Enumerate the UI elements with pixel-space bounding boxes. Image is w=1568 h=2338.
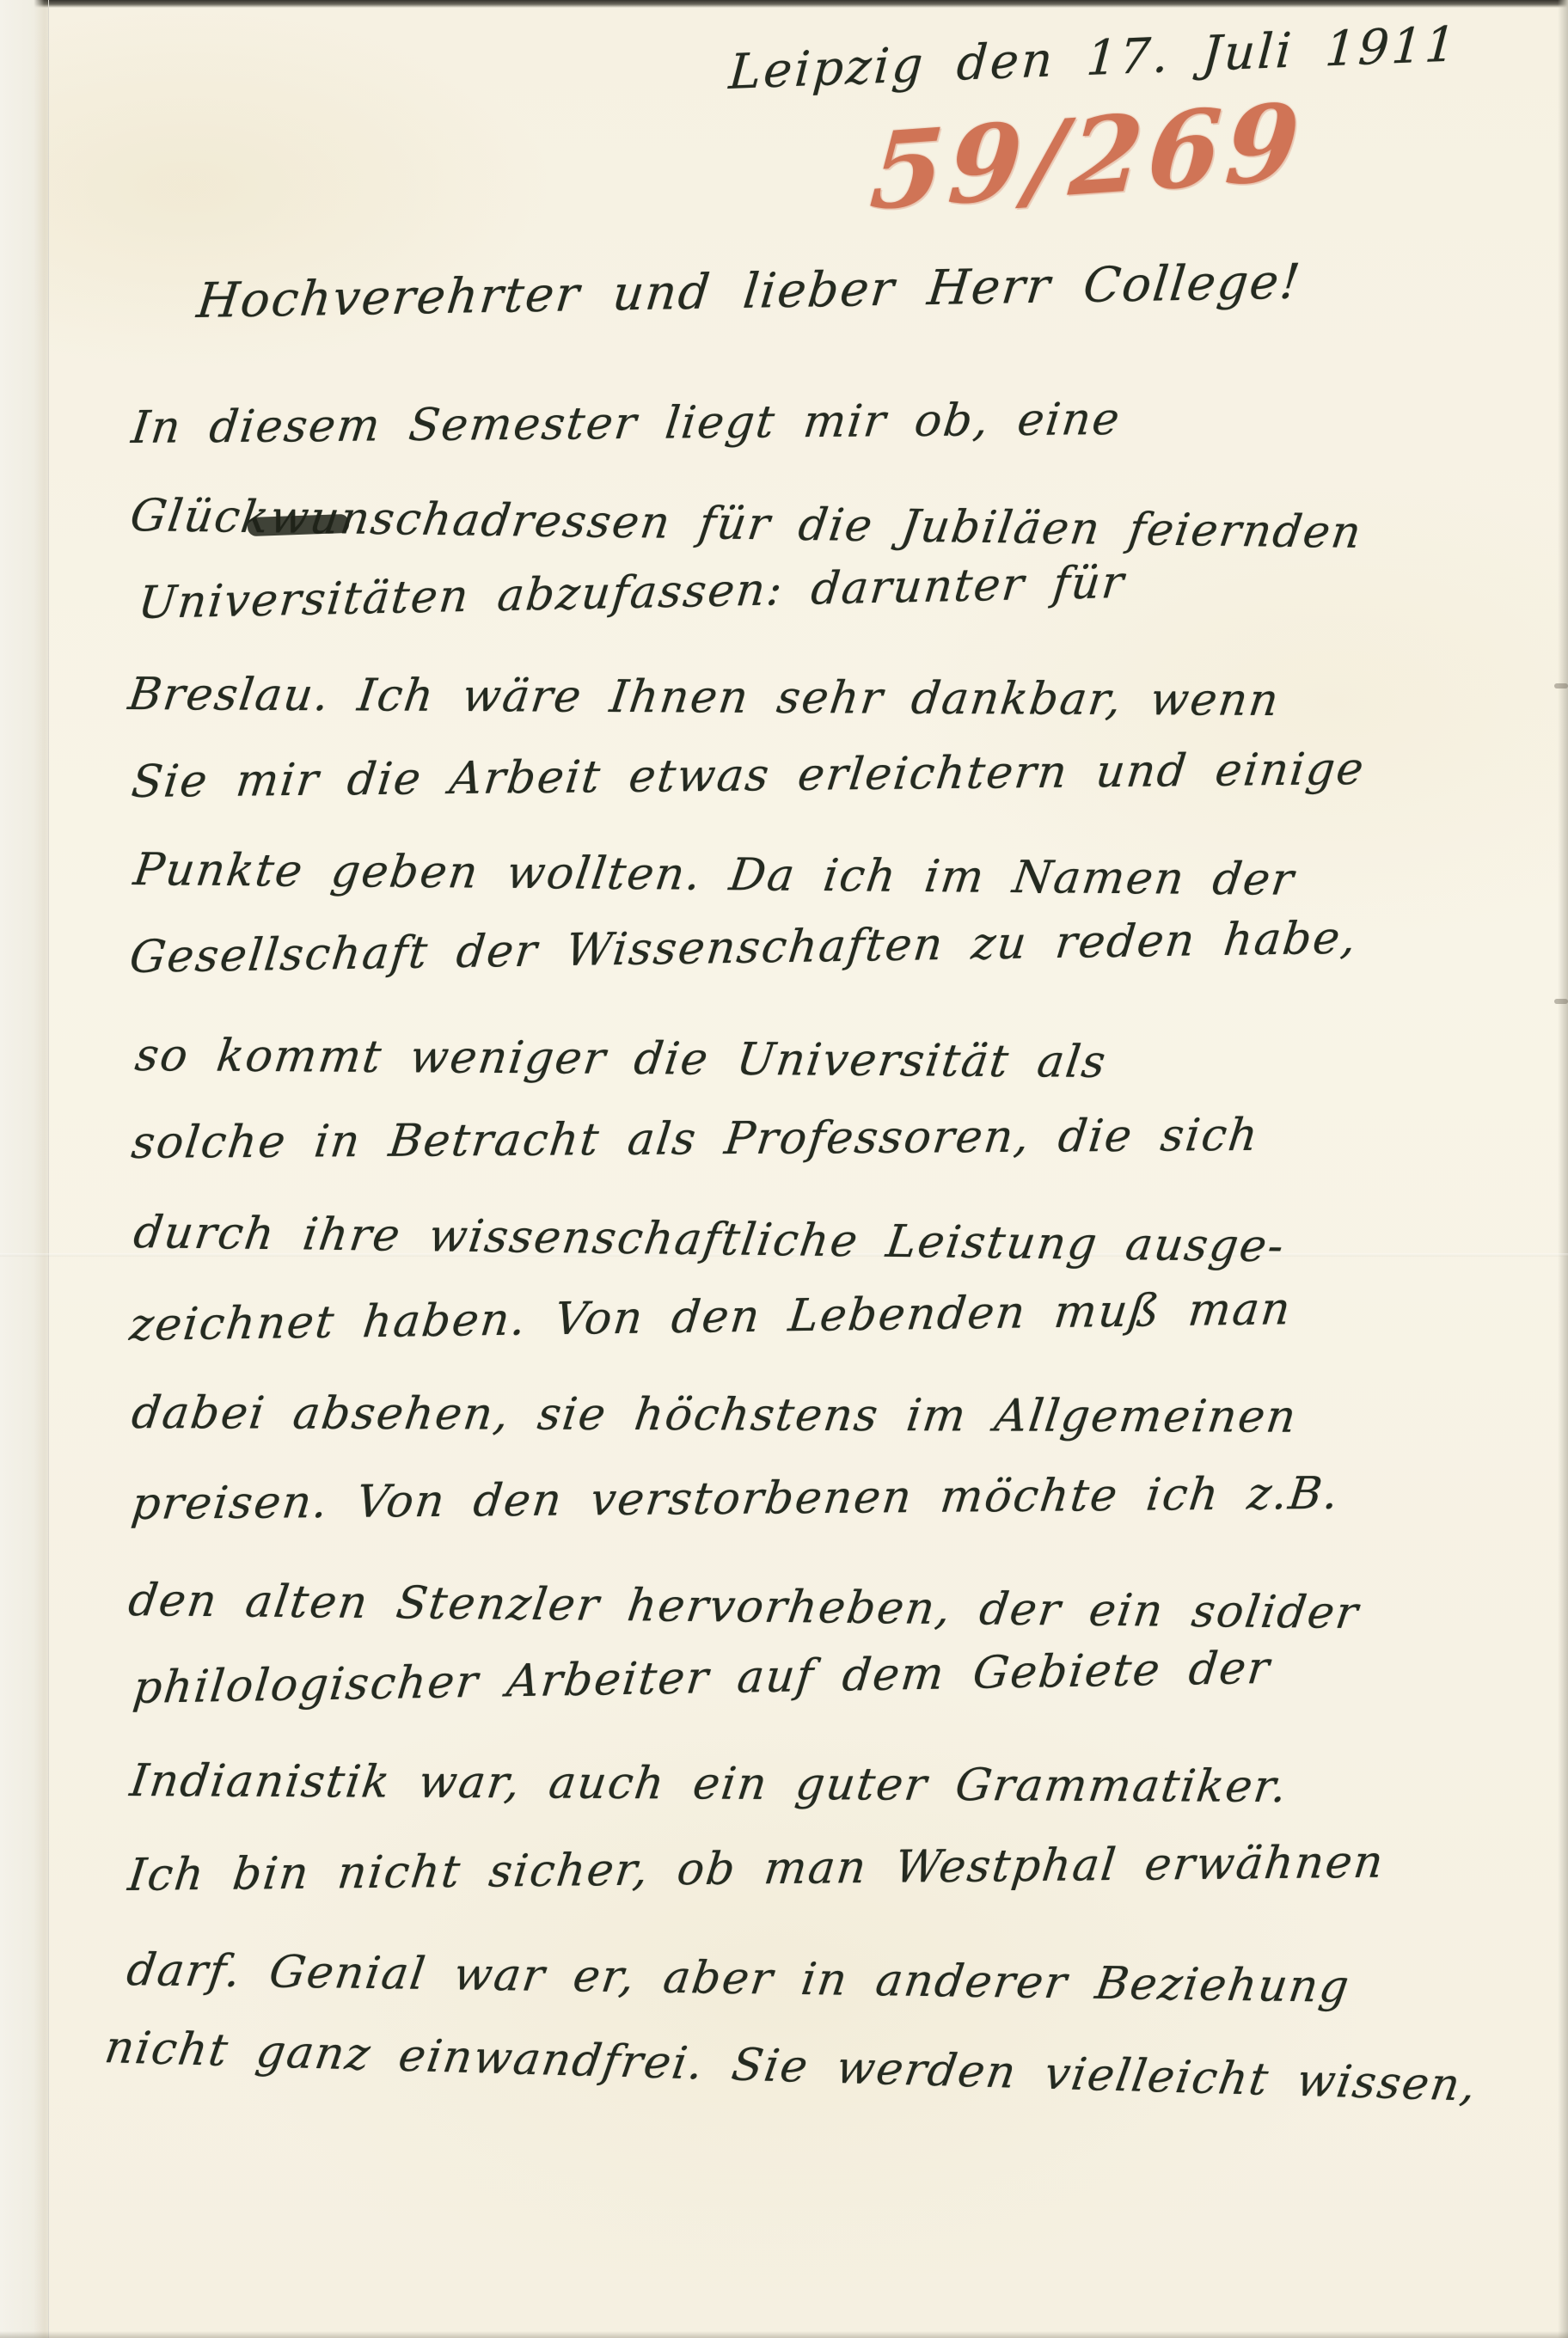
archive-number-stamp: 59/269 — [867, 79, 1308, 234]
handwriting-line: den alten Stenzler hervorheben, der ein … — [126, 1575, 1363, 1639]
handwriting-line: Punkte geben wollten. Da ich im Namen de… — [131, 844, 1298, 906]
handwriting-line: dabei absehen, sie höchstens im Allgemei… — [129, 1387, 1301, 1443]
ink-correction-blot — [248, 514, 350, 536]
paper-right-edge — [1558, 0, 1568, 2338]
scanned-letter-page: Leipzig den 17. Juli 1911 59/269 Hochver… — [0, 0, 1568, 2338]
handwriting-line: nicht ganz einwandfrei. Sie werden viell… — [101, 2022, 1481, 2111]
handwriting-line: durch ihre wissenschaftliche Leistung au… — [131, 1207, 1289, 1272]
salutation: Hochverehrter und lieber Herr College! — [194, 254, 1304, 329]
handwriting-line: philologischer Arbeiter auf dem Gebiete … — [131, 1643, 1273, 1714]
paper-bottom-edge — [0, 2331, 1568, 2338]
handwriting-line: Universitäten abzufassen: darunter für — [136, 557, 1128, 629]
handwriting-line: preisen. Von den verstorbenen möchte ich… — [129, 1468, 1343, 1530]
handwriting-line: so kommt weniger die Universität als — [132, 1030, 1110, 1088]
dateline: Leipzig den 17. Juli 1911 — [727, 16, 1460, 101]
handwriting-line: Sie mir die Arbeit etwas erleichtern und… — [129, 744, 1368, 808]
handwriting-line: Gesellschaft der Wissenschaften zu reden… — [127, 912, 1360, 983]
fold-mark — [1554, 999, 1568, 1004]
fold-mark — [1554, 683, 1568, 689]
handwriting-line: solche in Betracht als Professoren, die … — [129, 1110, 1262, 1169]
handwriting-line: darf. Genial war er, aber in anderer Bez… — [124, 1944, 1353, 2013]
handwriting-line: zeichnet haben. Von den Lebenden muß man — [127, 1283, 1295, 1351]
handwriting-line: Ich bin nicht sicher, ob man Westphal er… — [126, 1837, 1387, 1901]
scan-edge-top — [0, 0, 1568, 8]
paper-left-edge — [0, 0, 49, 2338]
handwriting-line: In diesem Semester liegt mir ob, eine — [129, 394, 1124, 454]
handwriting-line: Indianistik war, auch ein guter Grammati… — [127, 1755, 1291, 1813]
handwriting-line: Breslau. Ich wäre Ihnen sehr dankbar, we… — [126, 669, 1283, 726]
